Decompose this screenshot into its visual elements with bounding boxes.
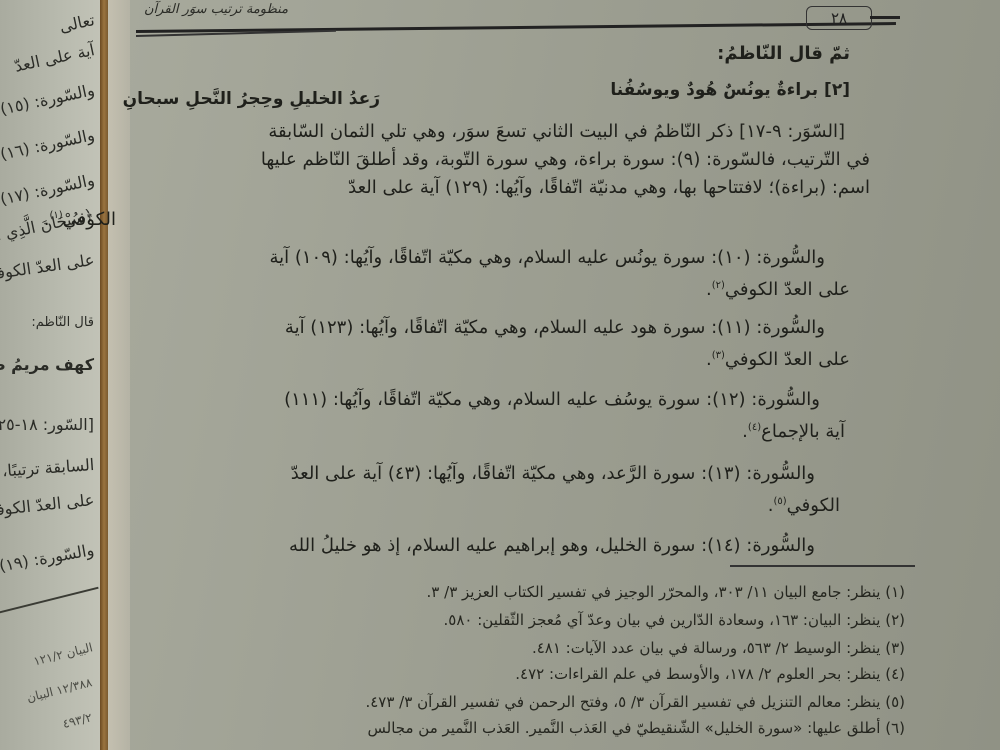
verse-second-hemistich: رَعدُ الخليلِ وحِجرُ النَّحلِ سبحانِ: [123, 87, 380, 111]
footnote-ref: (٤): [748, 422, 761, 433]
paragraph-line: على العدّ الكوفي(٢).: [706, 274, 850, 302]
left-page-fragment: والسّورة: (١٥): سورة: [0, 80, 96, 129]
footnote-4: (٤) ينظر: بحر العلوم ٢/ ١٧٨، والأوسط في …: [515, 664, 905, 684]
paragraph-line: على العدّ الكوفي(٣).: [706, 344, 850, 372]
paragraph-line: [السّوَر: ٩-١٧] ذكر النّاظمُ في البيت ال…: [268, 120, 845, 144]
intro-heading: ثمّ قال النّاظمُ:: [717, 42, 850, 66]
footnote-ref: (٣): [712, 350, 725, 361]
paragraph-line: والسُّورة: (١٣): سورة الرَّعد، وهي مكيّة…: [291, 462, 815, 486]
footnote-ref: (٥): [773, 496, 786, 507]
footnote-5: (٥) ينظر: معالم التنزيل في تفسير القرآن …: [365, 692, 905, 712]
verse-line: [٢] براءةٌ يونُسٌ هُودٌ ويوسُفُنا: [610, 78, 850, 102]
left-page-fragment: والسّورة: (١٦): سورة: [0, 125, 96, 174]
left-page-fragment: على العدّ الكوفي: [0, 250, 95, 284]
left-page-fragment: آية على العدّ: [13, 40, 96, 75]
footnote-ref: (٢): [712, 280, 725, 291]
footnote-1: (١) ينظر: جامع البيان ١١/ ٣٠٣، والمحرّر …: [427, 582, 905, 602]
footnote-3: (٣) ينظر: الوسيط ٢/ ٥٦٣، ورسالة في بيان …: [532, 638, 905, 658]
page-edge: [108, 0, 130, 750]
footnote-6: (٦) أطلق عليها: «سورة الخليل» الشّنقيطيّ…: [368, 718, 905, 738]
left-page-fragment: السابقة ترتيبًا، فالسّو: [0, 455, 95, 484]
paragraph-line: والسُّورة: (١٢): سورة يوسُف عليه السلام،…: [284, 388, 820, 412]
left-page-footnote-fragment: ١٢/٣٨٨ البيان: [25, 675, 93, 705]
page-number-ornament: ٢٨: [806, 6, 872, 30]
left-page-fragment: على العدّ الكوفي: [0, 490, 95, 521]
header-rule-right: [870, 16, 900, 19]
page-number: ٢٨: [831, 9, 847, 27]
footnote-ref: (١): [49, 210, 62, 221]
left-page-fragment: كهف مريمُ طـه أنـ: [0, 355, 94, 374]
right-page: منظومة ترتيب سوَر القرآن ٢٨ ثمّ قال النّ…: [130, 0, 1000, 750]
verse-number: [٢]: [824, 80, 850, 100]
left-page-footnote-fragment: البيان ١٢١/٢: [32, 640, 94, 668]
left-page-footnote-fragment: ٤٩٣/٢: [61, 710, 93, 731]
book-gutter: [100, 0, 108, 750]
paragraph-line: والسُّورة: (١٠): سورة يونُس عليه السلام،…: [269, 246, 825, 270]
left-page-fragment: والسّورة: (١٩): سور: [0, 540, 96, 582]
paragraph-line: والسُّورة: (١٤): سورة الخليل، وهو إبراهي…: [289, 534, 815, 558]
left-page-fragment: تعالى: [58, 10, 96, 36]
paragraph-line: الكوفي(٥).: [768, 490, 840, 518]
footnote-separator: [730, 565, 915, 567]
paragraph-line: الكوفي(١).: [44, 204, 116, 232]
paragraph-line: والسُّورة: (١١): سورة هود عليه السلام، و…: [285, 316, 825, 340]
left-page-footnote-rule: [0, 587, 99, 616]
footnote-2: (٢) ينظر: البيان: ١٦٣، وسعادة الدّارين ف…: [444, 610, 906, 630]
left-page-fragment: قال النّاظم:: [31, 315, 94, 330]
paragraph-line: اسم: (براءة)؛ لافتتاحها بها، وهي مدنيّة …: [348, 176, 870, 200]
verse-first-hemistich: براءةٌ يونُسٌ هُودٌ ويوسُفُنا: [610, 80, 818, 100]
paragraph-line: في التّرتيب، فالسّورة: (٩): سورة براءة، …: [261, 148, 870, 172]
left-page-fragment: [السّور: ١٨-٢٥] ذكر: [0, 415, 94, 434]
left-page: تعالى آية على العدّ والسّورة: (١٥): سورة…: [0, 0, 100, 750]
paragraph-line: آية بالإجماع(٤).: [742, 416, 845, 444]
